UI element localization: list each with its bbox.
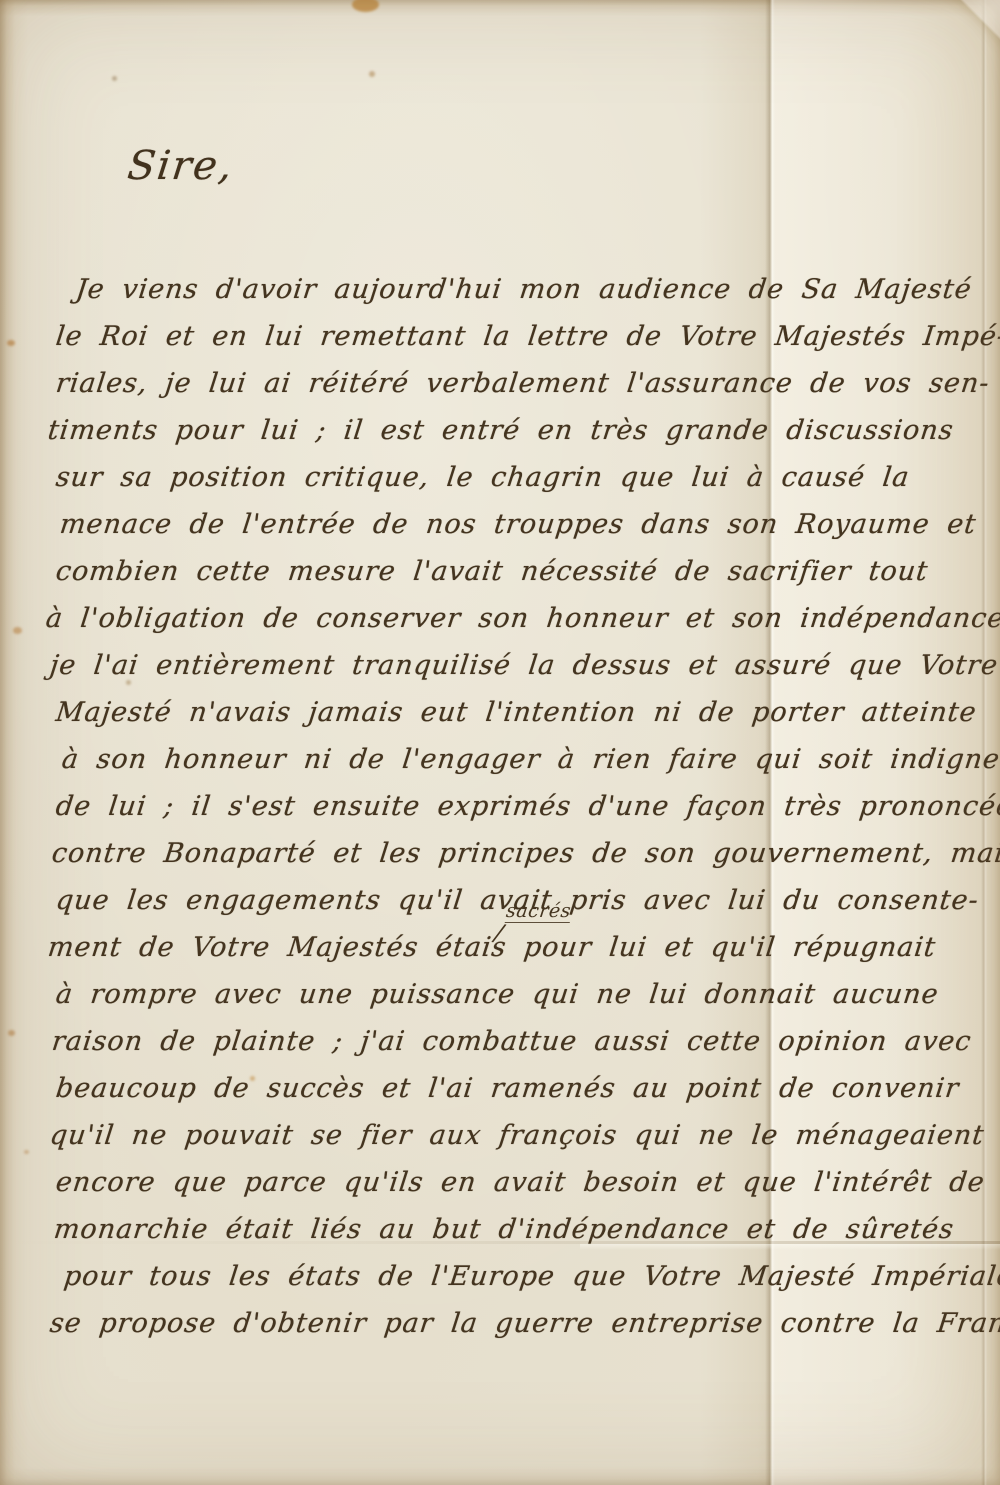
letter-line: menace de l'entrée de nos trouppes dans … bbox=[57, 501, 995, 548]
ink-stain bbox=[352, 0, 379, 12]
letter-line: se propose d'obtenir par la guerre entre… bbox=[47, 1300, 995, 1347]
letter-page: Sire, Je viens d'avoir aujourd'hui mon a… bbox=[0, 0, 1000, 1485]
letter-line: monarchie était liés au but d'indépendan… bbox=[51, 1206, 995, 1253]
letter-line: pour tous les états de l'Europe que Votr… bbox=[61, 1253, 995, 1300]
letter-line: je l'ai entièrement tranquilisé la dessu… bbox=[47, 642, 995, 689]
letter-line: timents pour lui ; il est entré en très … bbox=[45, 407, 995, 454]
letter-line: beaucoup de succès et l'ai ramenés au po… bbox=[53, 1065, 995, 1112]
foxing-spot bbox=[8, 1030, 15, 1036]
letter-line: de lui ; il s'est ensuite exprimés d'une… bbox=[53, 783, 995, 830]
foxing-spot bbox=[24, 1150, 29, 1154]
top-right-corner-tear bbox=[942, 0, 1000, 72]
foxing-spot bbox=[13, 627, 22, 634]
letter-line: raison de plainte ; j'ai combattue aussi… bbox=[49, 1018, 995, 1065]
letter-line: ment de Votre Majestés étais pour lui et… bbox=[45, 924, 995, 971]
foxing-spot bbox=[112, 76, 117, 81]
letter-line: à rompre avec une puissance qui ne lui d… bbox=[53, 971, 995, 1018]
letter-line: qu'il ne pouvait se fier aux françois qu… bbox=[47, 1112, 995, 1159]
letter-line: à l'obligation de conserver son honneur … bbox=[43, 595, 995, 642]
letter-line: combien cette mesure l'avait nécessité d… bbox=[53, 548, 995, 595]
letter-line: Majesté n'avais jamais eut l'intention n… bbox=[53, 689, 995, 736]
foxing-spot bbox=[7, 340, 15, 346]
letter-line: sur sa position critique, le chagrin que… bbox=[53, 454, 995, 501]
letter-line: Je viens d'avoir aujourd'hui mon audienc… bbox=[73, 266, 995, 313]
letter-line: à son honneur ni de l'engager à rien fai… bbox=[59, 736, 995, 783]
letter-line: encore que parce qu'ils en avait besoin … bbox=[53, 1159, 995, 1206]
letter-line: contre Bonaparté et les principes de son… bbox=[49, 830, 995, 877]
interline-insertion-word: sacrés bbox=[505, 902, 572, 923]
salutation: Sire, bbox=[125, 142, 237, 190]
letter-line: le Roi et en lui remettant la lettre de … bbox=[53, 313, 995, 360]
foxing-spot bbox=[369, 71, 375, 77]
letter-line: riales, je lui ai réitéré verbalement l'… bbox=[53, 360, 995, 407]
letter-body: Je viens d'avoir aujourd'hui mon audienc… bbox=[56, 266, 992, 1347]
